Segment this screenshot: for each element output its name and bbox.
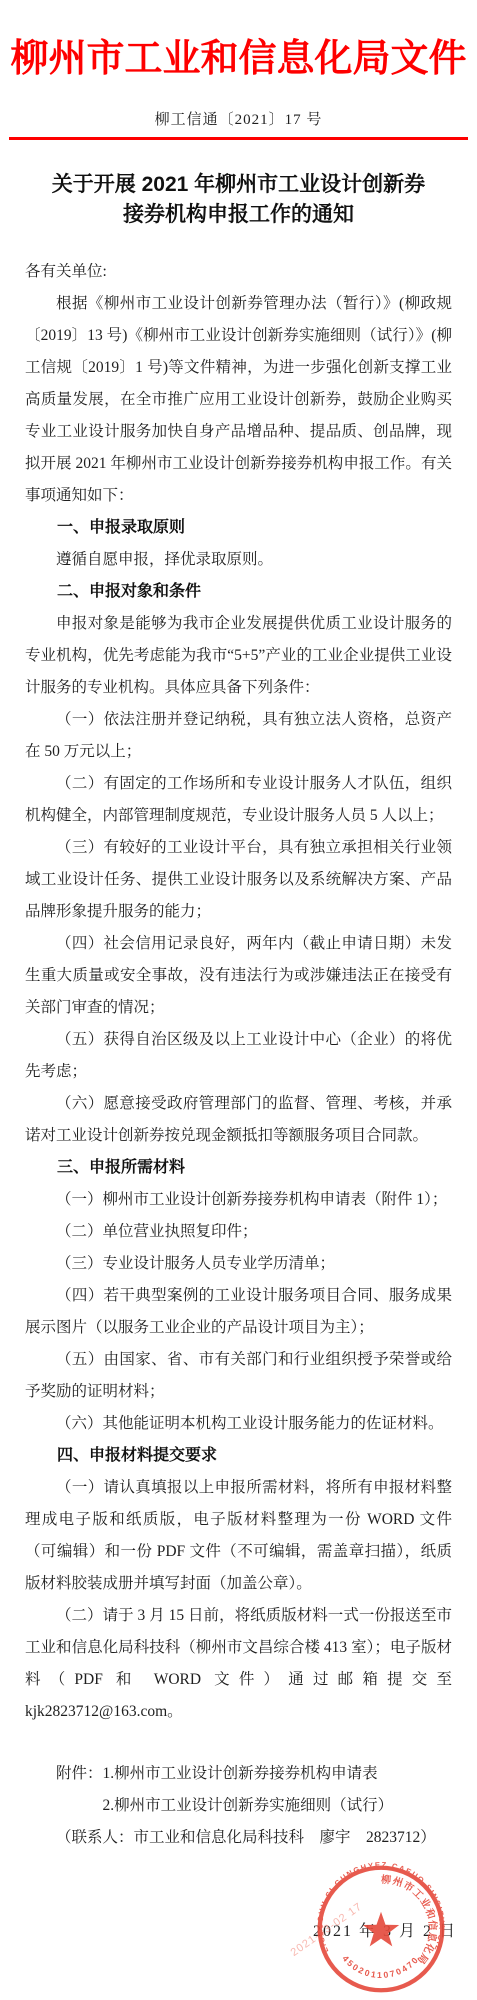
section3-item-4: （四）若干典型案例的工业设计服务项目合同、服务成果展示图片（以服务工业企业的产品… — [25, 1280, 452, 1344]
section2-intro: 申报对象是能够为我市企业发展提供优质工业设计服务的专业机构，优先考虑能为我市“5… — [25, 608, 452, 704]
section2-item-2: （二）有固定的工作场所和专业设计服务人才队伍，组织机构健全，内部管理制度规范，专… — [25, 768, 452, 832]
svg-text:4502011070470: 4502011070470 — [340, 1953, 421, 1980]
section3-item-3: （三）专业设计服务人员专业学历清单； — [25, 1248, 452, 1280]
section4-heading: 四、申报材料提交要求 — [25, 1440, 452, 1472]
section2-item-6: （六）愿意接受政府管理部门的监督、管理、考核，并承诺对工业设计创新券按兑现金额抵… — [25, 1088, 452, 1152]
attachments-block: 附件： 1.柳州市工业设计创新券接券机构申请表 2.柳州市工业设计创新券实施细则… — [25, 1758, 452, 1822]
section2-item-4: （四）社会信用记录良好，两年内（截止申请日期）未发生重大质量或安全事故，没有违法… — [25, 928, 452, 1024]
salutation: 各有关单位: — [25, 256, 452, 288]
notice-title: 关于开展 2021 年柳州市工业设计创新券 接券机构申报工作的通知 — [30, 170, 447, 230]
intro-paragraph: 根据《柳州市工业设计创新券管理办法（暂行）》(柳政规〔2019〕13 号)《柳州… — [25, 288, 452, 512]
document-number: 柳工信通〔2021〕17 号 — [0, 108, 477, 129]
section2-item-1: （一）依法注册并登记纳税，具有独立法人资格，总资产在 50 万元以上； — [25, 704, 452, 768]
section3-item-2: （二）单位营业执照复印件； — [25, 1216, 452, 1248]
section4-item-1: （一）请认真填报以上申报所需材料，将所有申报材料整理成电子版和纸质版，电子版材料… — [25, 1472, 452, 1600]
section3-heading: 三、申报所需材料 — [25, 1152, 452, 1184]
attachment-item-2: 2.柳州市工业设计创新券实施细则（试行） — [103, 1790, 394, 1822]
document-header-title: 柳州市工业和信息化局文件 — [0, 0, 477, 82]
attachments-list: 1.柳州市工业设计创新券接券机构申请表 2.柳州市工业设计创新券实施细则（试行） — [103, 1758, 394, 1822]
section1-heading: 一、申报录取原则 — [25, 512, 452, 544]
notice-title-line2: 接券机构申报工作的通知 — [30, 200, 447, 230]
section1-paragraph: 遵循自愿申报，择优录取原则。 — [25, 544, 452, 576]
section2-item-3: （三）有较好的工业设计平台，具有独立承担相关行业领域工业设计任务、提供工业设计服… — [25, 832, 452, 928]
seal-code-number: 4502011070470 — [340, 1953, 421, 1980]
section3-item-1: （一）柳州市工业设计创新券接券机构申请表（附件 1）； — [25, 1184, 452, 1216]
notice-title-line1: 关于开展 2021 年柳州市工业设计创新券 — [30, 170, 447, 200]
red-divider-line — [9, 137, 468, 140]
section2-item-5: （五）获得自治区级及以上工业设计中心（企业）的将优先考虑； — [25, 1024, 452, 1088]
official-red-seal: LIUJCOUH SI GUNGHYEZ CAEUQ SINSIZVA GIZ … — [314, 1862, 448, 1996]
section3-item-6: （六）其他能证明本机构工业设计服务能力的佐证材料。 — [25, 1408, 452, 1440]
contact-line: （联系人：市工业和信息化局科技科 廖宇 2823712） — [25, 1822, 452, 1854]
document-body: 各有关单位: 根据《柳州市工业设计创新券管理办法（暂行）》(柳政规〔2019〕1… — [25, 256, 452, 1854]
seal-star-icon — [363, 1912, 399, 1947]
attachments-label: 附件： — [56, 1758, 103, 1790]
section4-item-2: （二）请于 3 月 15 日前，将纸质版材料一式一份报送至市工业和信息化局科技科… — [25, 1600, 452, 1728]
section3-item-5: （五）由国家、省、市有关部门和行业组织授予荣誉或给予奖励的证明材料； — [25, 1344, 452, 1408]
attachment-item-1: 1.柳州市工业设计创新券接券机构申请表 — [103, 1758, 394, 1790]
official-document-page: 柳州市工业和信息化局文件 柳工信通〔2021〕17 号 关于开展 2021 年柳… — [0, 0, 477, 2000]
section2-heading: 二、申报对象和条件 — [25, 576, 452, 608]
